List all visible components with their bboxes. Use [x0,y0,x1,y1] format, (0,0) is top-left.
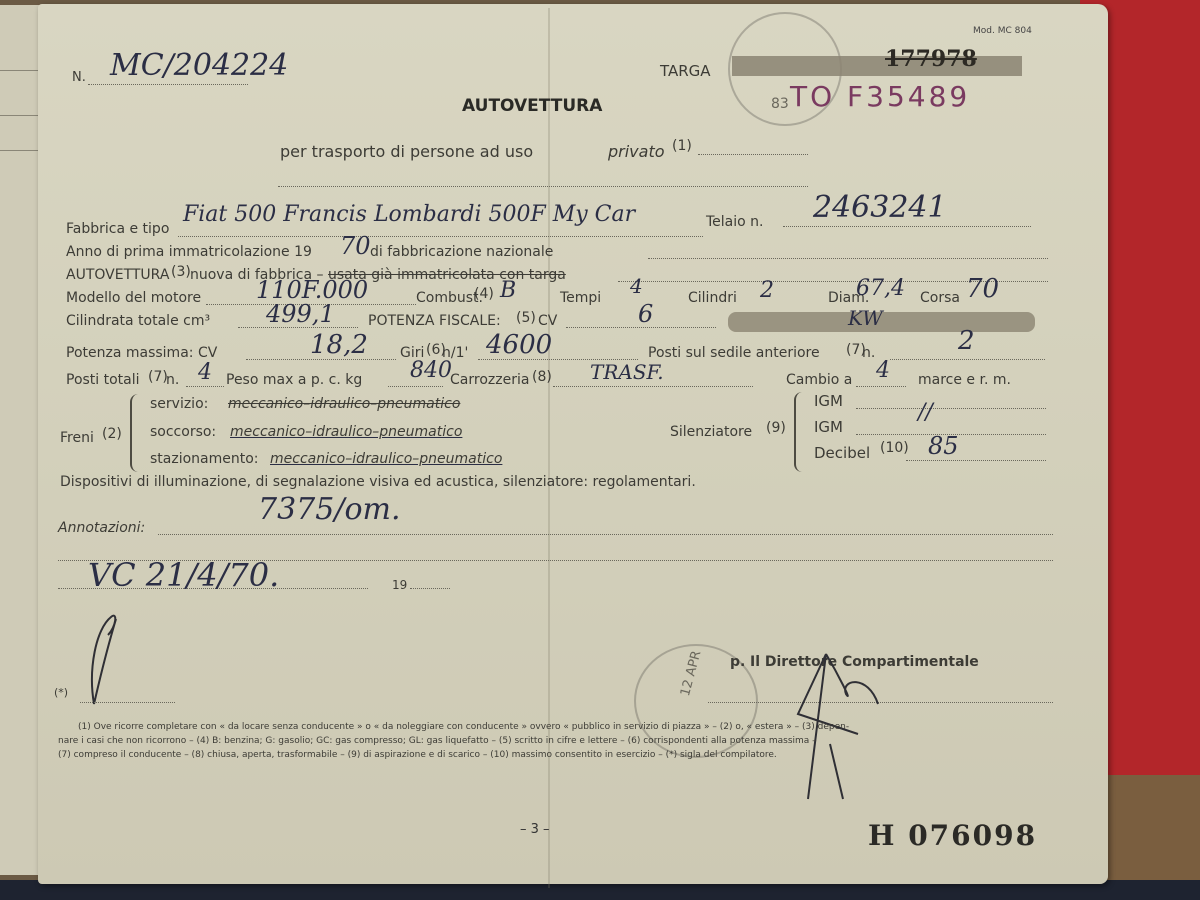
dotted-line [178,236,703,237]
decibel-value: 85 [928,432,959,460]
motore-label: Modello del motore [66,290,201,306]
annotazioni-label: Annotazioni: [58,520,145,536]
igm2-label: IGM [814,418,843,436]
place-date-value: VC 21/4/70. [88,556,279,594]
serial-number: H 076098 [868,819,1037,852]
dotted-line [856,408,1046,409]
number-value: MC/204224 [110,48,288,83]
combust-label: Combust. [416,290,483,306]
targa-new-value: TO F35489 [790,80,970,113]
telaio-value: 2463241 [813,190,947,225]
footnote-ref: (8) [532,369,552,385]
dotted-line [553,386,753,387]
cilindri-value: 2 [760,278,774,303]
carrozzeria-label: Carrozzeria [450,372,529,388]
dotted-line [648,258,1048,259]
silenziatore-label: Silenziatore [670,424,752,440]
dotted-line [80,702,175,703]
freni-servizio-label: servizio: [150,396,208,412]
giri-value: 4600 [486,330,552,360]
potenza-max-value: 18,2 [310,330,368,360]
targa-redaction-bar [732,56,1022,76]
cilindrata-value: 499,1 [266,300,335,328]
potenza-max-label: Potenza massima: CV [66,345,217,361]
cilindrata-label: Cilindrata totale cm³ [66,313,210,329]
footnote-ref: (2) [102,426,122,442]
footnote-ref: (5) [516,310,536,326]
dotted-line [698,154,808,155]
freni-servizio-value: meccanico–idraulico–pneumatico [228,396,460,412]
dotted-line [186,386,224,387]
posti-anteriore-label: Posti sul sedile anteriore [648,345,820,361]
director-signature-icon [768,634,898,804]
freni-brace [130,394,140,472]
anno-label: Anno di prima immatricolazione 19 [66,244,312,260]
tempi-label: Tempi [560,290,601,306]
freni-soccorso-value: meccanico–idraulico–pneumatico [230,424,462,440]
dotted-line [906,460,1046,461]
dotted-line [783,226,1031,227]
dotted-line [278,186,808,187]
dotted-line [856,386,906,387]
compiler-signature-icon [86,599,126,709]
footnote-ref: (7) [148,369,168,385]
footnote-ref: (9) [766,420,786,436]
document-title: AUTOVETTURA [462,96,602,116]
freni-label: Freni [60,430,94,446]
igm1-label: IGM [814,392,843,410]
cv-label: CV [538,313,557,329]
divider [0,150,40,151]
footnote-ref: (10) [880,440,909,456]
dotted-line [890,359,1045,360]
corsa-label: Corsa [920,290,960,306]
potenza-fiscale-label: POTENZA FISCALE: [368,313,501,329]
cambio-label: Cambio a [786,372,852,388]
divider [0,115,40,116]
cambio-value: 4 [876,358,890,383]
footnote-line-2: nare i casi che non ricorrono – (4) B: b… [58,736,817,746]
targa-old-value: 177978 [885,46,977,72]
cv-value: 6 [638,300,653,328]
p-label: p. [730,654,745,670]
fabbrica-value: Fiat 500 Francis Lombardi 500F My Car [183,202,635,227]
dotted-line [410,588,450,589]
footnote-ref: (3) [171,264,191,280]
telaio-label: Telaio n. [706,214,763,230]
footnote-line-1: (1) Ove ricorre completare con « da loca… [78,722,849,732]
footnote-ref: (4) [474,286,494,302]
registration-document-page: Mod. MC 804 N. MC/204224 83 TARGA 177978… [38,4,1108,884]
posti-totali-n: n. [166,372,179,388]
stamp-text: 83 [771,96,789,112]
corsa-value: 70 [966,274,999,304]
targa-label: TARGA [660,62,711,80]
cambio-suffix: marce e r. m. [918,372,1011,388]
combust-value: B [500,278,516,303]
dispositivi-text: Dispositivi di illuminazione, di segnala… [60,474,696,490]
posti-totali-value: 4 [198,360,212,385]
freni-stazionamento-label: stazionamento: [150,451,259,467]
peso-value: 840 [410,358,452,383]
page-number: – 3 – [520,822,550,837]
carrozzeria-value: TRASF. [590,360,664,384]
igm2-value: // [918,400,933,425]
anno-value: 70 [340,232,371,260]
compiler-mark: (*) [54,686,68,699]
autovettura-label: AUTOVETTURA [66,267,169,283]
decibel-label: Decibel [814,444,870,462]
freni-stazionamento-value: meccanico–idraulico–pneumatico [270,451,502,467]
cilindri-label: Cilindri [688,290,737,306]
subtitle-prefix: per trasporto di persone ad uso [280,142,533,161]
tempi-value: 4 [630,274,643,298]
freni-soccorso-label: soccorso: [150,424,216,440]
dotted-line [158,534,1053,535]
diam-value: 67,4 [856,276,905,301]
footnote-line-3: (7) compreso il conducente – (8) chiusa,… [58,750,777,760]
footnote-ref: (1) [672,138,692,154]
divider [0,70,40,71]
kw-value: KW [848,306,883,330]
anno-suffix: di fabbricazione nazionale [370,244,553,260]
annotazioni-value: 7375/om. [258,492,401,527]
dotted-line [388,386,443,387]
number-label: N. [72,70,86,85]
peso-label: Peso max a p. c. kg [226,372,362,388]
subtitle-use: privato [608,142,665,161]
year-prefix: 19 [392,578,407,592]
dotted-line [88,84,248,85]
posti-totali-label: Posti totali [66,372,140,388]
posti-anteriore-value: 2 [958,326,975,356]
silenziatore-brace [794,392,804,472]
fabbrica-label: Fabbrica e tipo [66,221,169,237]
posti-anteriore-n: n. [862,345,875,361]
model-code: Mod. MC 804 [973,26,1032,36]
